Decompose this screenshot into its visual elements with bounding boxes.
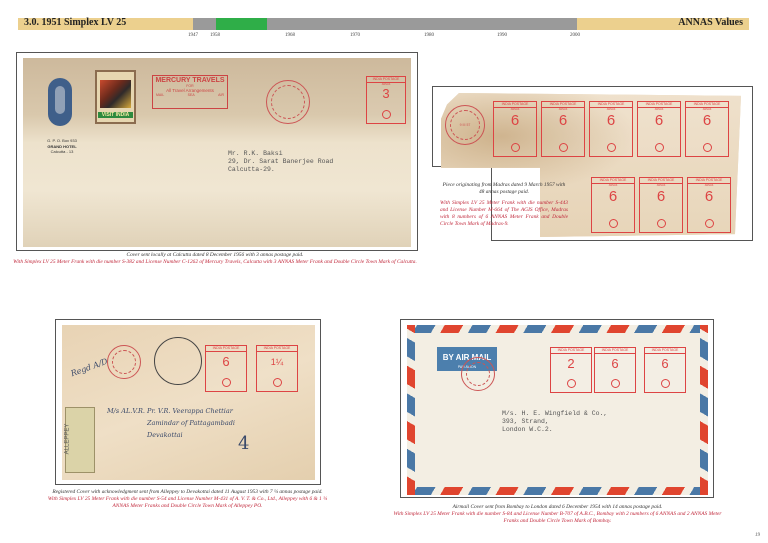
town-cancel-icon — [266, 80, 310, 124]
handwritten-number: 4 — [238, 433, 249, 454]
madras-cancel-icon: 9 III 57 — [445, 105, 485, 145]
page-number: 19 — [755, 533, 760, 538]
meter-frank: INDIA POSTAGE ANNAS 6 — [685, 101, 729, 157]
meter-frank: INDIA POSTAGE 6 — [205, 345, 247, 392]
visit-india-poster-stamp: VISIT INDIA — [95, 70, 136, 124]
meter-disc-icon — [657, 219, 666, 228]
section-label: ANNAS Values — [678, 17, 743, 28]
meter-disc-icon — [661, 379, 670, 388]
meter-cancel-icon — [107, 345, 141, 379]
meter-frank: INDIA POSTAGE 2 — [550, 347, 592, 393]
recipient-address: M/s AL.V.R. Pr. V.R. Veerappa ChettiarZa… — [107, 405, 235, 441]
page-title: 3.0. 1951 Simplex LV 25 — [24, 17, 126, 28]
registration-label: ALLEPPEY — [65, 407, 95, 473]
madras-piece-caption: Piece originating from Madras dated 9 Ma… — [440, 182, 568, 228]
year-tick: 1990 — [497, 33, 507, 38]
alleppey-cover-caption: Registered Cover with acknowledgment sen… — [40, 489, 335, 510]
meter-frank: INDIA POSTAGE ANNAS 6 — [637, 101, 681, 157]
calcutta-cover-caption: Cover sent locally at Calcutta dated 8 D… — [10, 252, 420, 266]
timeline-pre — [193, 18, 216, 30]
meter-disc-icon — [273, 378, 282, 387]
slogan-box: MERCURY TRAVELS FOR All Travel Arrangeme… — [152, 75, 228, 109]
meter-disc-icon — [607, 143, 616, 152]
airmail-cover-image: BY AIR MAIL PAR AVION INDIA POSTAGE 2 IN… — [407, 325, 708, 495]
timeline-active-period — [216, 18, 267, 30]
year-tick: 1958 — [210, 33, 220, 38]
meter-frank: INDIA POSTAGE 6 — [644, 347, 686, 393]
meter-disc-icon — [703, 143, 712, 152]
year-tick: 1968 — [285, 33, 295, 38]
meter-frank: INDIA POSTAGE ANNAS 6 — [493, 101, 537, 157]
meter-disc-icon — [655, 143, 664, 152]
year-tick: 1970 — [350, 33, 360, 38]
meter-disc-icon — [382, 110, 391, 119]
bombay-cancel-icon — [461, 357, 495, 391]
recipient-address: M/s. H. E. Wingfield & Co.,393, Strand,L… — [502, 410, 607, 434]
alleppey-reg-cancel-icon — [154, 337, 202, 385]
meter-frank: INDIA POSTAGE 6 — [594, 347, 636, 393]
handwritten-note: Regd A/D — [70, 357, 109, 379]
airmail-cover-caption: Airmail Cover sent from Bombay to London… — [390, 504, 725, 525]
meter-disc-icon — [609, 219, 618, 228]
hermes-logo-icon — [48, 78, 72, 126]
timeline-years: 1947 1958 1968 1970 1980 1990 2000 — [0, 33, 768, 41]
meter-disc-icon — [559, 143, 568, 152]
calcutta-cover-frame: G. P. O. Box 933 GRAND HOTEL Calcutta - … — [16, 52, 418, 251]
meter-frank: INDIA POSTAGE ANNAS 6 — [639, 177, 683, 233]
meter-disc-icon — [567, 379, 576, 388]
meter-frank: INDIA POSTAGE 1¼ — [256, 345, 298, 392]
calcutta-cover-image: G. P. O. Box 933 GRAND HOTEL Calcutta - … — [23, 58, 411, 247]
section-header: 3.0. 1951 Simplex LV 25 ANNAS Values — [18, 18, 749, 30]
alleppey-cover-image: Regd A/D INDIA POSTAGE 6 INDIA POSTAGE 1… — [62, 325, 315, 480]
year-tick: 1980 — [424, 33, 434, 38]
meter-disc-icon — [611, 379, 620, 388]
meter-disc-icon — [511, 143, 520, 152]
airmail-cover-frame: BY AIR MAIL PAR AVION INDIA POSTAGE 2 IN… — [400, 319, 714, 498]
hotel-imprint: G. P. O. Box 933 GRAND HOTEL Calcutta - … — [37, 138, 87, 155]
meter-frank: INDIA POSTAGE ANNAS 6 — [687, 177, 731, 233]
meter-frank: INDIA POSTAGE ANNAS 6 — [541, 101, 585, 157]
meter-frank: INDIA POSTAGE ANNAS 6 — [591, 177, 635, 233]
year-tick: 1947 — [188, 33, 198, 38]
recipient-address: Mr. R.K. Baksi29, Dr. Sarat Banerjee Roa… — [228, 150, 333, 174]
meter-frank: INDIA POSTAGE ANNAS 6 — [589, 101, 633, 157]
year-tick: 2000 — [570, 33, 580, 38]
alleppey-cover-frame: Regd A/D INDIA POSTAGE 6 INDIA POSTAGE 1… — [55, 319, 321, 485]
meter-disc-icon — [222, 378, 231, 387]
timeline-post — [267, 18, 577, 30]
meter-frank: INDIA POSTAGE ANNAS 3 — [366, 76, 406, 124]
meter-disc-icon — [705, 219, 714, 228]
elephant-icon — [100, 80, 131, 108]
